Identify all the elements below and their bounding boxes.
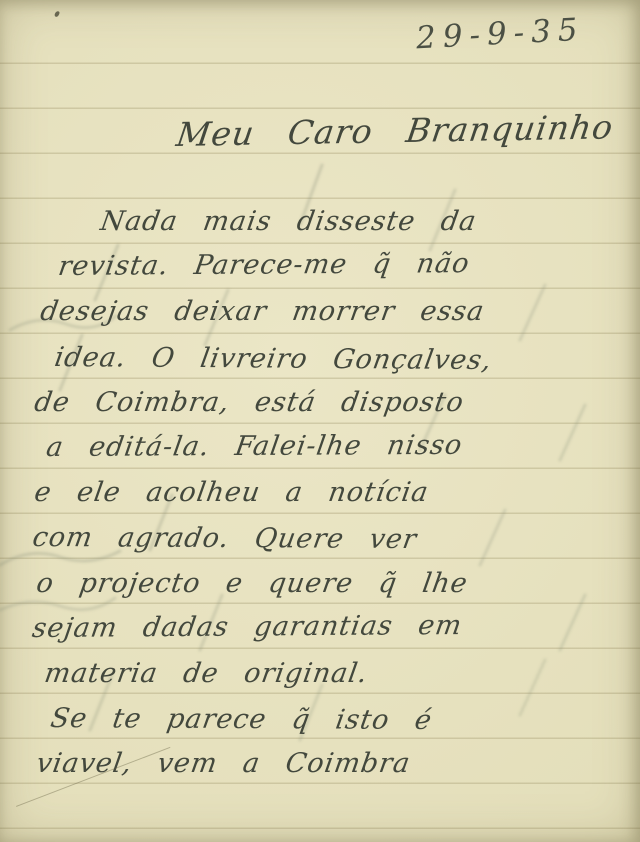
letter-body-line: o projecto e quere q̃ lhe — [32, 568, 639, 613]
letter-salutation: Meu Caro Branquinho — [174, 107, 616, 154]
letter-body-line: revista. Parece-me q̃ não — [54, 247, 639, 296]
letter-body-line: materia de original. — [40, 658, 639, 703]
letter-body-line: a editá-la. Falei-lhe nisso — [42, 429, 639, 477]
letter-body-line: desejas deixar morrer essa — [36, 296, 639, 341]
letter-body-line: e ele acolheu a notícia — [30, 477, 639, 522]
letter-body: Nada mais disseste da revista. Parece-me… — [28, 206, 632, 793]
letter-body-line: com agrado. Quere ver — [28, 522, 639, 570]
letter-body-line: idea. O livreiro Gonçalves, — [50, 342, 639, 391]
letter-body-line: Nada mais disseste da — [96, 206, 639, 251]
letter-body-line: viavel, vem a Coimbra — [32, 748, 639, 793]
letter-body-line: sejam dadas garantias em — [28, 608, 639, 657]
letter-page: 29-9-35 Meu Caro Branquinho Nada mais di… — [0, 0, 640, 842]
letter-body-line: de Coimbra, está disposto — [30, 387, 639, 432]
letter-body-line: Se te parece q̃ isto é — [46, 703, 639, 751]
